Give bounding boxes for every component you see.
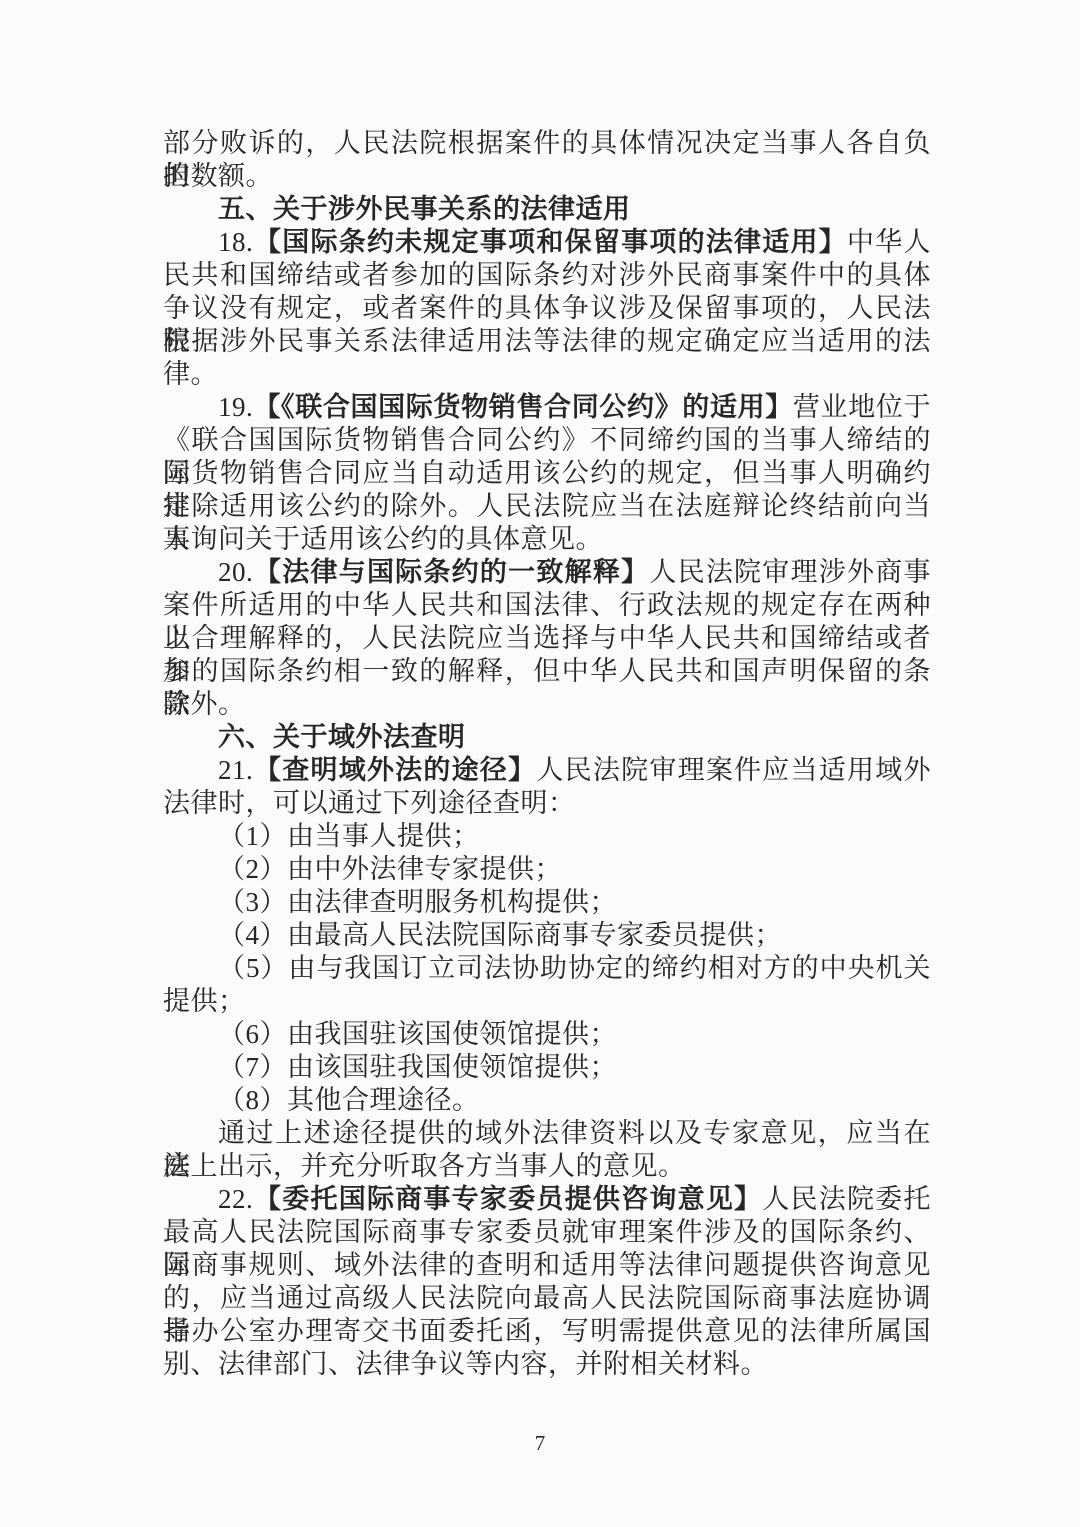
text-run: 法律时，可以通过下列途径查明： <box>163 788 576 818</box>
text-run: （1）由当事人提供； <box>218 821 480 851</box>
document-page: 部分败诉的，人民法院根据案件的具体情况决定当事人各自负担的数额。五、关于涉外民事… <box>0 0 1080 1527</box>
text-run: 19. <box>218 392 253 422</box>
text-run: （4）由最高人民法院国际商事专家委员提供； <box>218 920 782 950</box>
text-run: 18. <box>218 227 253 257</box>
text-line: 20.【法律与国际条约的一致解释】人民法院审理涉外商事 <box>163 556 931 589</box>
text-line: （2）由中外法律专家提供； <box>163 853 931 886</box>
text-run: （7）由该国驻我国使领馆提供； <box>218 1052 617 1082</box>
text-run: 的数额。 <box>163 161 273 191</box>
text-line: 排除适用该公约的除外。人民法院应当在法庭辩论终结前向当事 <box>163 490 931 523</box>
text-line: （5）由与我国订立司法协助协定的缔约相对方的中央机关 <box>163 952 931 985</box>
text-run: 际商事规则、域外法律的查明和适用等法律问题提供咨询意见 <box>163 1250 931 1280</box>
text-line: 最高人民法院国际商事专家委员就审理案件涉及的国际条约、国 <box>163 1216 931 1249</box>
text-run: （2）由中外法律专家提供； <box>218 854 562 884</box>
text-line: 导办公室办理寄交书面委托函，写明需提供意见的法律所属国 <box>163 1315 931 1348</box>
text-run: 21. <box>218 755 253 785</box>
text-run: 人民法院审理涉外商事 <box>649 557 931 587</box>
text-line: 民共和国缔结或者参加的国际条约对涉外民商事案件中的具体 <box>163 259 931 292</box>
text-line: 通过上述途径提供的域外法律资料以及专家意见，应当在法 <box>163 1117 931 1150</box>
text-line: 别、法律部门、法律争议等内容，并附相关材料。 <box>163 1348 931 1381</box>
text-line: 的，应当通过高级人民法院向最高人民法院国际商事法庭协调指 <box>163 1282 931 1315</box>
text-run: （5）由与我国订立司法协助协定的缔约相对方的中央机关 <box>218 953 931 983</box>
text-line: 法律时，可以通过下列途径查明： <box>163 787 931 820</box>
text-line: 上合理解释的，人民法院应当选择与中华人民共和国缔结或者参 <box>163 622 931 655</box>
text-line: （1）由当事人提供； <box>163 820 931 853</box>
text-line: 21.【查明域外法的途径】人民法院审理案件应当适用域外 <box>163 754 931 787</box>
text-line: 18.【国际条约未规定事项和保留事项的法律适用】中华人 <box>163 226 931 259</box>
text-run: 别、法律部门、法律争议等内容，并附相关材料。 <box>163 1349 768 1379</box>
text-line: （4）由最高人民法院国际商事专家委员提供； <box>163 919 931 952</box>
text-line: 案件所适用的中华人民共和国法律、行政法规的规定存在两种以 <box>163 589 931 622</box>
text-line: 19.【《联合国国际货物销售合同公约》的适用】营业地位于 <box>163 391 931 424</box>
page-number: 7 <box>0 1430 1080 1456</box>
text-run: 导办公室办理寄交书面委托函，写明需提供意见的法律所属国 <box>163 1316 931 1346</box>
text-line: 人询问关于适用该公约的具体意见。 <box>163 523 931 556</box>
text-line: 《联合国国际货物销售合同公约》不同缔约国的当事人缔结的国 <box>163 424 931 457</box>
text-run: 律。 <box>163 359 218 389</box>
text-run: 庭上出示，并充分听取各方当事人的意见。 <box>163 1151 686 1181</box>
text-line: 庭上出示，并充分听取各方当事人的意见。 <box>163 1150 931 1183</box>
text-line: （7）由该国驻我国使领馆提供； <box>163 1051 931 1084</box>
text-run: 根据涉外民事关系法律适用法等法律的规定确定应当适用的法 <box>163 326 931 356</box>
bold-text-run: 【国际条约未规定事项和保留事项的法律适用】 <box>253 227 847 257</box>
text-line: 律。 <box>163 358 931 391</box>
text-line: 除外。 <box>163 688 931 721</box>
bold-text-run: 六、关于域外法查明 <box>218 722 466 752</box>
bold-text-run: 【查明域外法的途径】 <box>253 755 536 785</box>
text-run: 人民法院审理案件应当适用域外 <box>536 755 931 785</box>
text-run: 人询问关于适用该公约的具体意见。 <box>163 524 603 554</box>
bold-text-run: 【委托国际商事专家委员提供咨询意见】 <box>253 1184 762 1214</box>
text-line: 际商事规则、域外法律的查明和适用等法律问题提供咨询意见 <box>163 1249 931 1282</box>
text-run: （6）由我国驻该国使领馆提供； <box>218 1019 617 1049</box>
text-line: 提供； <box>163 985 931 1018</box>
text-run: 20. <box>218 557 253 587</box>
text-line: 五、关于涉外民事关系的法律适用 <box>163 193 931 226</box>
text-line: （6）由我国驻该国使领馆提供； <box>163 1018 931 1051</box>
bold-text-run: 五、关于涉外民事关系的法律适用 <box>218 194 631 224</box>
text-line: 六、关于域外法查明 <box>163 721 931 754</box>
document-text: 部分败诉的，人民法院根据案件的具体情况决定当事人各自负担的数额。五、关于涉外民事… <box>163 127 931 1381</box>
text-line: （3）由法律查明服务机构提供； <box>163 886 931 919</box>
text-line: 根据涉外民事关系法律适用法等法律的规定确定应当适用的法 <box>163 325 931 358</box>
text-run: 提供； <box>163 986 246 1016</box>
text-run: 民共和国缔结或者参加的国际条约对涉外民商事案件中的具体 <box>163 260 931 290</box>
text-line: 加的国际条约相一致的解释，但中华人民共和国声明保留的条款 <box>163 655 931 688</box>
text-line: 争议没有规定，或者案件的具体争议涉及保留事项的，人民法院 <box>163 292 931 325</box>
text-run: 营业地位于 <box>793 392 931 422</box>
text-line: 22.【委托国际商事专家委员提供咨询意见】人民法院委托 <box>163 1183 931 1216</box>
text-line: 际货物销售合同应当自动适用该公约的规定，但当事人明确约定 <box>163 457 931 490</box>
text-run: （8）其他合理途径。 <box>218 1085 480 1115</box>
bold-text-run: 【法律与国际条约的一致解释】 <box>253 557 649 587</box>
text-run: 人民法院委托 <box>762 1184 931 1214</box>
text-run: 除外。 <box>163 689 246 719</box>
text-line: （8）其他合理途径。 <box>163 1084 931 1117</box>
text-run: 中华人 <box>847 227 931 257</box>
text-line: 部分败诉的，人民法院根据案件的具体情况决定当事人各自负担 <box>163 127 931 160</box>
text-run: （3）由法律查明服务机构提供； <box>218 887 617 917</box>
text-line: 的数额。 <box>163 160 931 193</box>
text-run: 22. <box>218 1184 253 1214</box>
bold-text-run: 【《联合国国际货物销售合同公约》的适用】 <box>253 392 793 422</box>
